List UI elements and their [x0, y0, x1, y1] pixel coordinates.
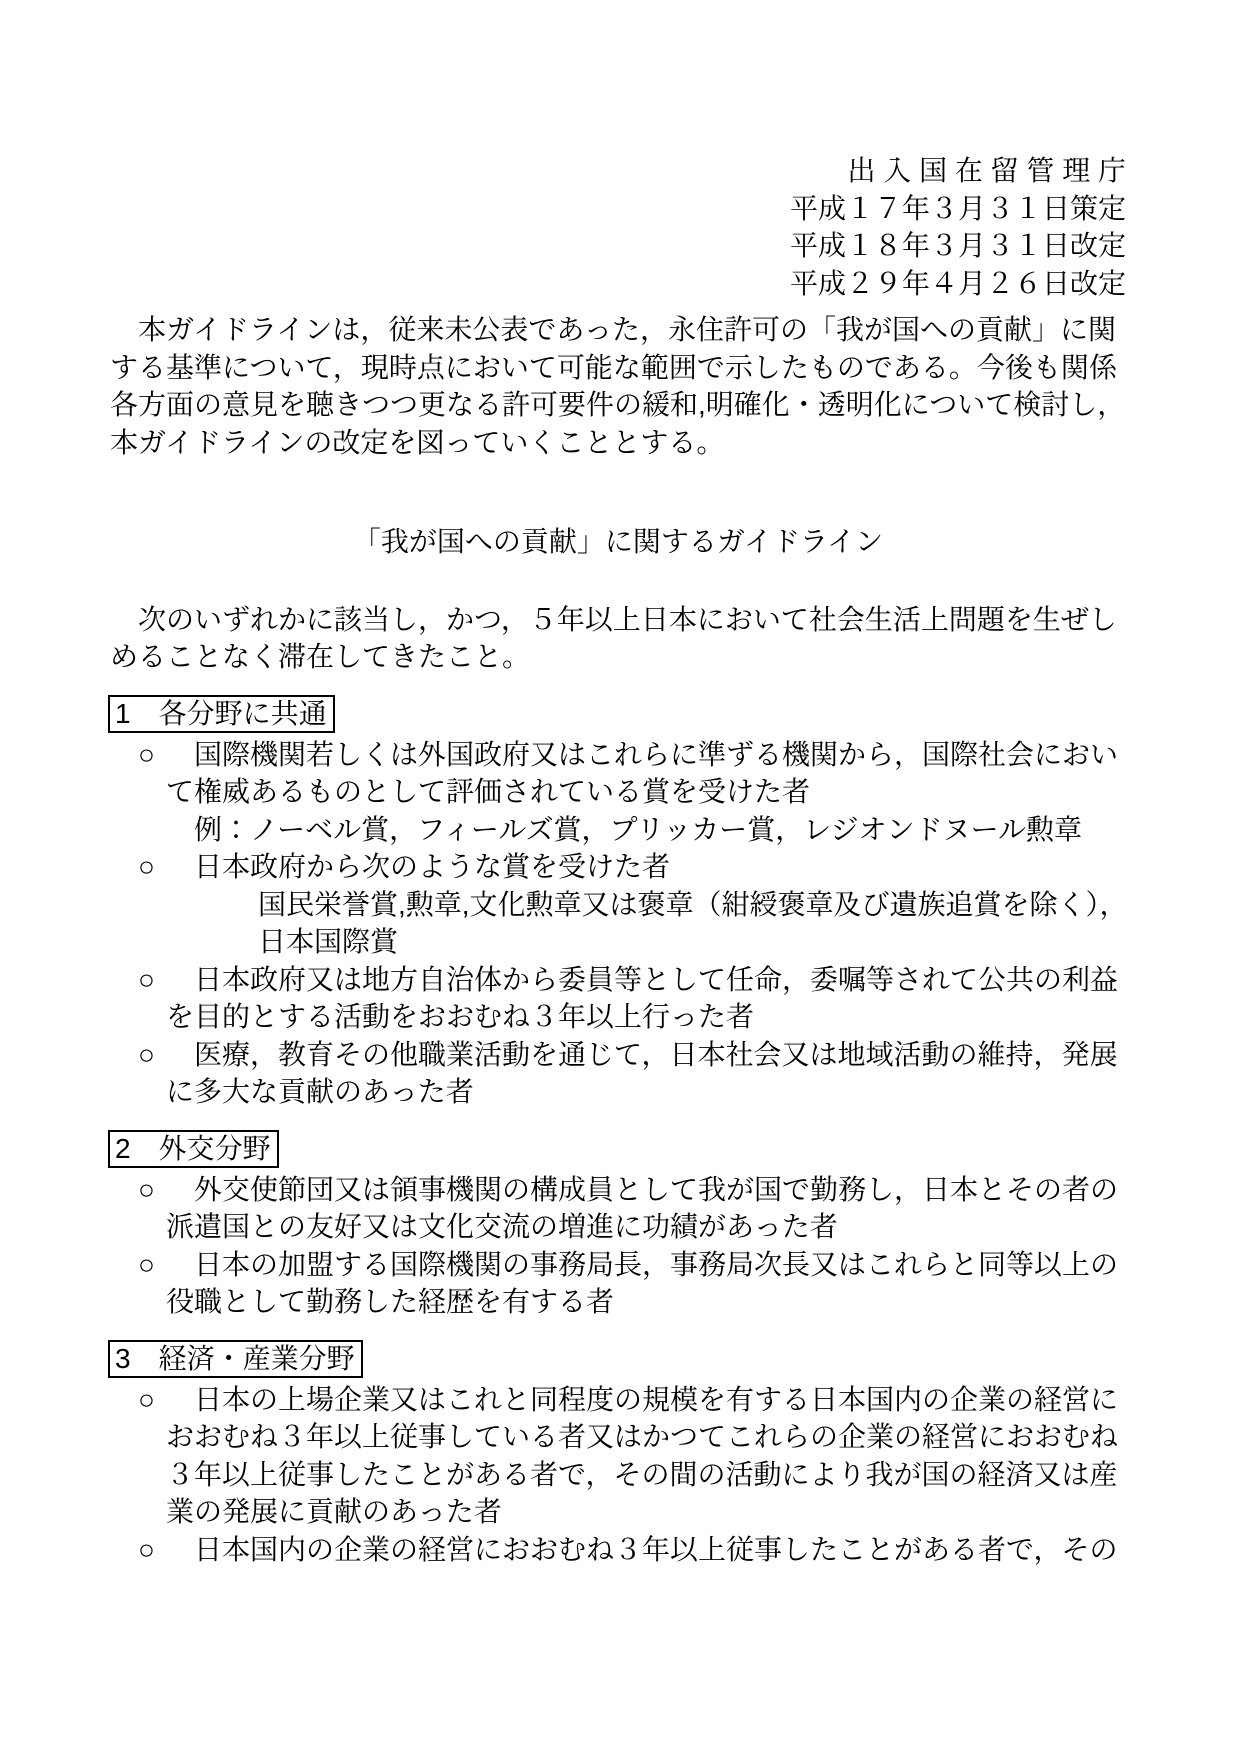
section-heading-row: 2 外交分野	[110, 1129, 1126, 1168]
section-diplomacy: 2 外交分野 ○外交使節団又は領事機関の構成員として我が国で勤務し，日本とその者…	[110, 1129, 1126, 1321]
date-line-2: 平成１８年３月３１日改定	[110, 227, 1126, 265]
section-heading-row: 1 各分野に共通	[110, 694, 1126, 733]
item-line: ○日本の加盟する国際機関の事務局長，事務局次長又はこれらと同等以上の	[166, 1246, 1126, 1284]
award-line: 日本国際賞	[166, 923, 1126, 961]
intro-line: 本ガイドラインの改定を図っていくこととする。	[110, 424, 1126, 462]
date-line-1: 平成１７年３月３１日策定	[110, 190, 1126, 228]
circle-bullet-icon: ○	[138, 1246, 194, 1284]
list-item: ○日本政府又は地方自治体から委員等として任命，委嘱等されて公共の利益 を目的とす…	[110, 961, 1126, 1036]
circle-bullet-icon: ○	[138, 848, 194, 886]
section-economy-industry: 3 経済・産業分野 ○日本の上場企業又はこれと同程度の規模を有する日本国内の企業…	[110, 1339, 1126, 1569]
list-item: ○日本国内の企業の経営におおむね３年以上従事したことがある者で，その	[110, 1531, 1126, 1569]
item-line: ○国際機関若しくは外国政府又はこれらに準ずる機関から，国際社会におい	[166, 736, 1126, 774]
circle-bullet-icon: ○	[138, 1036, 194, 1074]
circle-bullet-icon: ○	[138, 1381, 194, 1419]
item-line: ３年以上従事したことがある者で，その間の活動により我が国の経済又は産	[166, 1456, 1126, 1494]
section-heading: 1 各分野に共通	[108, 695, 335, 733]
date-line-3: 平成２９年４月２６日改定	[110, 265, 1126, 303]
item-text: 日本の上場企業又はこれと同程度の規模を有する日本国内の企業の経営に	[194, 1384, 1118, 1415]
item-line: ○医療，教育その他職業活動を通じて，日本社会又は地域活動の維持，発展	[166, 1036, 1126, 1074]
intro-paragraph: 本ガイドラインは，従来未公表であった，永住許可の「我が国への貢献」に関 する基準…	[110, 311, 1126, 461]
item-line: ○日本政府又は地方自治体から委員等として任命，委嘱等されて公共の利益	[166, 961, 1126, 999]
item-text: 日本政府又は地方自治体から委員等として任命，委嘱等されて公共の利益	[194, 964, 1118, 995]
item-line: ○外交使節団又は領事機関の構成員として我が国で勤務し，日本とその者の	[166, 1171, 1126, 1209]
item-text: 日本政府から次のような賞を受けた者	[194, 851, 670, 882]
document-page: 出 入 国 在 留 管 理 庁 平成１７年３月３１日策定 平成１８年３月３１日改…	[0, 0, 1241, 1754]
section-heading: 3 経済・産業分野	[108, 1340, 363, 1378]
circle-bullet-icon: ○	[138, 1531, 194, 1569]
item-line: ○日本の上場企業又はこれと同程度の規模を有する日本国内の企業の経営に	[166, 1381, 1126, 1419]
agency-name: 出 入 国 在 留 管 理 庁	[110, 152, 1126, 190]
item-text: 国際機関若しくは外国政府又はこれらに準ずる機関から，国際社会におい	[194, 739, 1118, 770]
list-item: ○日本政府から次のような賞を受けた者 国民栄誉賞,勲章,文化勲章又は褒章（紺綬褒…	[110, 848, 1126, 961]
section-common-fields: 1 各分野に共通 ○国際機関若しくは外国政府又はこれらに準ずる機関から，国際社会…	[110, 694, 1126, 1111]
condition-paragraph: 次のいずれかに該当し，かつ，５年以上日本において社会生活上問題を生ぜし めること…	[110, 601, 1126, 676]
section-heading-row: 3 経済・産業分野	[110, 1339, 1126, 1378]
list-item: ○日本の加盟する国際機関の事務局長，事務局次長又はこれらと同等以上の 役職として…	[110, 1246, 1126, 1321]
item-line: ○日本政府から次のような賞を受けた者	[166, 848, 1126, 886]
intro-line: 各方面の意見を聴きつつ更なる許可要件の緩和,明確化・透明化について検討し，	[110, 386, 1126, 424]
example-line: 例：ノーベル賞，フィールズ賞，プリッカー賞，レジオンドヌール勲章	[166, 811, 1126, 849]
list-item: ○国際機関若しくは外国政府又はこれらに準ずる機関から，国際社会におい て権威ある…	[110, 736, 1126, 849]
item-line: を目的とする活動をおおむね３年以上行った者	[166, 998, 1126, 1036]
document-title: 「我が国への貢献」に関するガイドライン	[110, 523, 1126, 561]
item-text: 日本国内の企業の経営におおむね３年以上従事したことがある者で，その	[194, 1534, 1117, 1565]
circle-bullet-icon: ○	[138, 1171, 194, 1209]
item-text: 医療，教育その他職業活動を通じて，日本社会又は地域活動の維持，発展	[194, 1039, 1117, 1070]
list-item: ○日本の上場企業又はこれと同程度の規模を有する日本国内の企業の経営に おおむね３…	[110, 1381, 1126, 1531]
item-line: ○日本国内の企業の経営におおむね３年以上従事したことがある者で，その	[166, 1531, 1126, 1569]
condition-line: 次のいずれかに該当し，かつ，５年以上日本において社会生活上問題を生ぜし	[110, 601, 1126, 639]
item-line: 派遣国との友好又は文化交流の増進に功績があった者	[166, 1208, 1126, 1246]
item-line: に多大な貢献のあった者	[166, 1073, 1126, 1111]
item-line: 業の発展に貢献のあった者	[166, 1493, 1126, 1531]
award-line: 国民栄誉賞,勲章,文化勲章又は褒章（紺綬褒章及び遺族追賞を除く），	[166, 886, 1126, 924]
section-heading: 2 外交分野	[108, 1130, 279, 1168]
item-line: て権威あるものとして評価されている賞を受けた者	[166, 773, 1126, 811]
condition-line: めることなく滞在してきたこと。	[110, 638, 1126, 676]
item-line: おおむね３年以上従事している者又はかつてこれらの企業の経営におおむね	[166, 1418, 1126, 1456]
list-item: ○医療，教育その他職業活動を通じて，日本社会又は地域活動の維持，発展 に多大な貢…	[110, 1036, 1126, 1111]
document-header: 出 入 国 在 留 管 理 庁 平成１７年３月３１日策定 平成１８年３月３１日改…	[110, 152, 1126, 302]
item-text: 日本の加盟する国際機関の事務局長，事務局次長又はこれらと同等以上の	[194, 1249, 1118, 1280]
intro-line: する基準について，現時点において可能な範囲で示したものである。今後も関係	[110, 349, 1126, 387]
intro-line: 本ガイドラインは，従来未公表であった，永住許可の「我が国への貢献」に関	[110, 311, 1126, 349]
item-text: 外交使節団又は領事機関の構成員として我が国で勤務し，日本とその者の	[194, 1174, 1118, 1205]
circle-bullet-icon: ○	[138, 736, 194, 774]
item-line: 役職として勤務した経歴を有する者	[166, 1283, 1126, 1321]
circle-bullet-icon: ○	[138, 961, 194, 999]
list-item: ○外交使節団又は領事機関の構成員として我が国で勤務し，日本とその者の 派遣国との…	[110, 1171, 1126, 1246]
